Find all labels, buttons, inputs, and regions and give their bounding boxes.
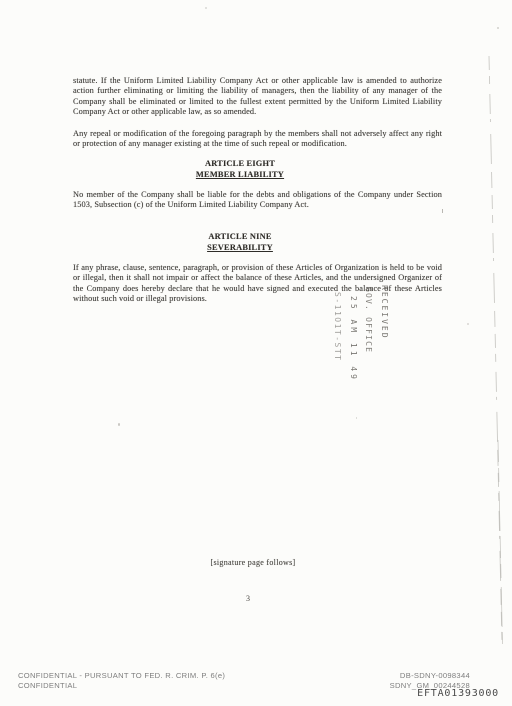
- scan-speck: [356, 417, 357, 419]
- scan-speck: [467, 323, 469, 325]
- signature-page-note: [signature page follows]: [73, 558, 433, 567]
- article-eight-title: ARTICLE EIGHT: [73, 159, 407, 168]
- stamp-line-received: RECEIVED: [377, 284, 393, 388]
- scan-speck: [205, 7, 207, 9]
- body-paragraph-2: Any repeal or modification of the forego…: [73, 129, 442, 150]
- confidential-footer: CONFIDENTIAL - PURSUANT TO FED. R. CRIM.…: [18, 671, 225, 691]
- stamp-line-datetime: 25 AM 11 49: [346, 284, 362, 388]
- scanned-document-page: statute. If the Uniform Limited Liabilit…: [0, 0, 512, 706]
- page-number: 3: [73, 594, 423, 603]
- stamp-line-illegible: S-11O1T-STT: [330, 284, 346, 388]
- stamp-line-office: GOV. OFFICE: [361, 284, 377, 388]
- scan-speck: [118, 423, 120, 426]
- article-nine-subtitle: SEVERABILITY: [73, 243, 407, 252]
- received-date-stamp: RECEIVED GOV. OFFICE 25 AM 11 49 S-11O1T…: [330, 284, 392, 388]
- article-nine-title: ARTICLE NINE: [73, 232, 407, 241]
- confidential-footer-line-1: CONFIDENTIAL - PURSUANT TO FED. R. CRIM.…: [18, 671, 225, 681]
- body-paragraph-1: statute. If the Uniform Limited Liabilit…: [73, 76, 442, 117]
- scan-speck: [497, 27, 499, 29]
- scan-speck: [442, 209, 443, 213]
- efta-bates-stamp: EFTA01393000: [417, 688, 499, 699]
- article-eight-subtitle: MEMBER LIABILITY: [73, 170, 407, 179]
- bates-number-line-1: DB-SDNY-0098344: [390, 671, 470, 681]
- article-eight-body: No member of the Company shall be liable…: [73, 190, 442, 211]
- confidential-footer-line-2: CONFIDENTIAL: [18, 681, 225, 691]
